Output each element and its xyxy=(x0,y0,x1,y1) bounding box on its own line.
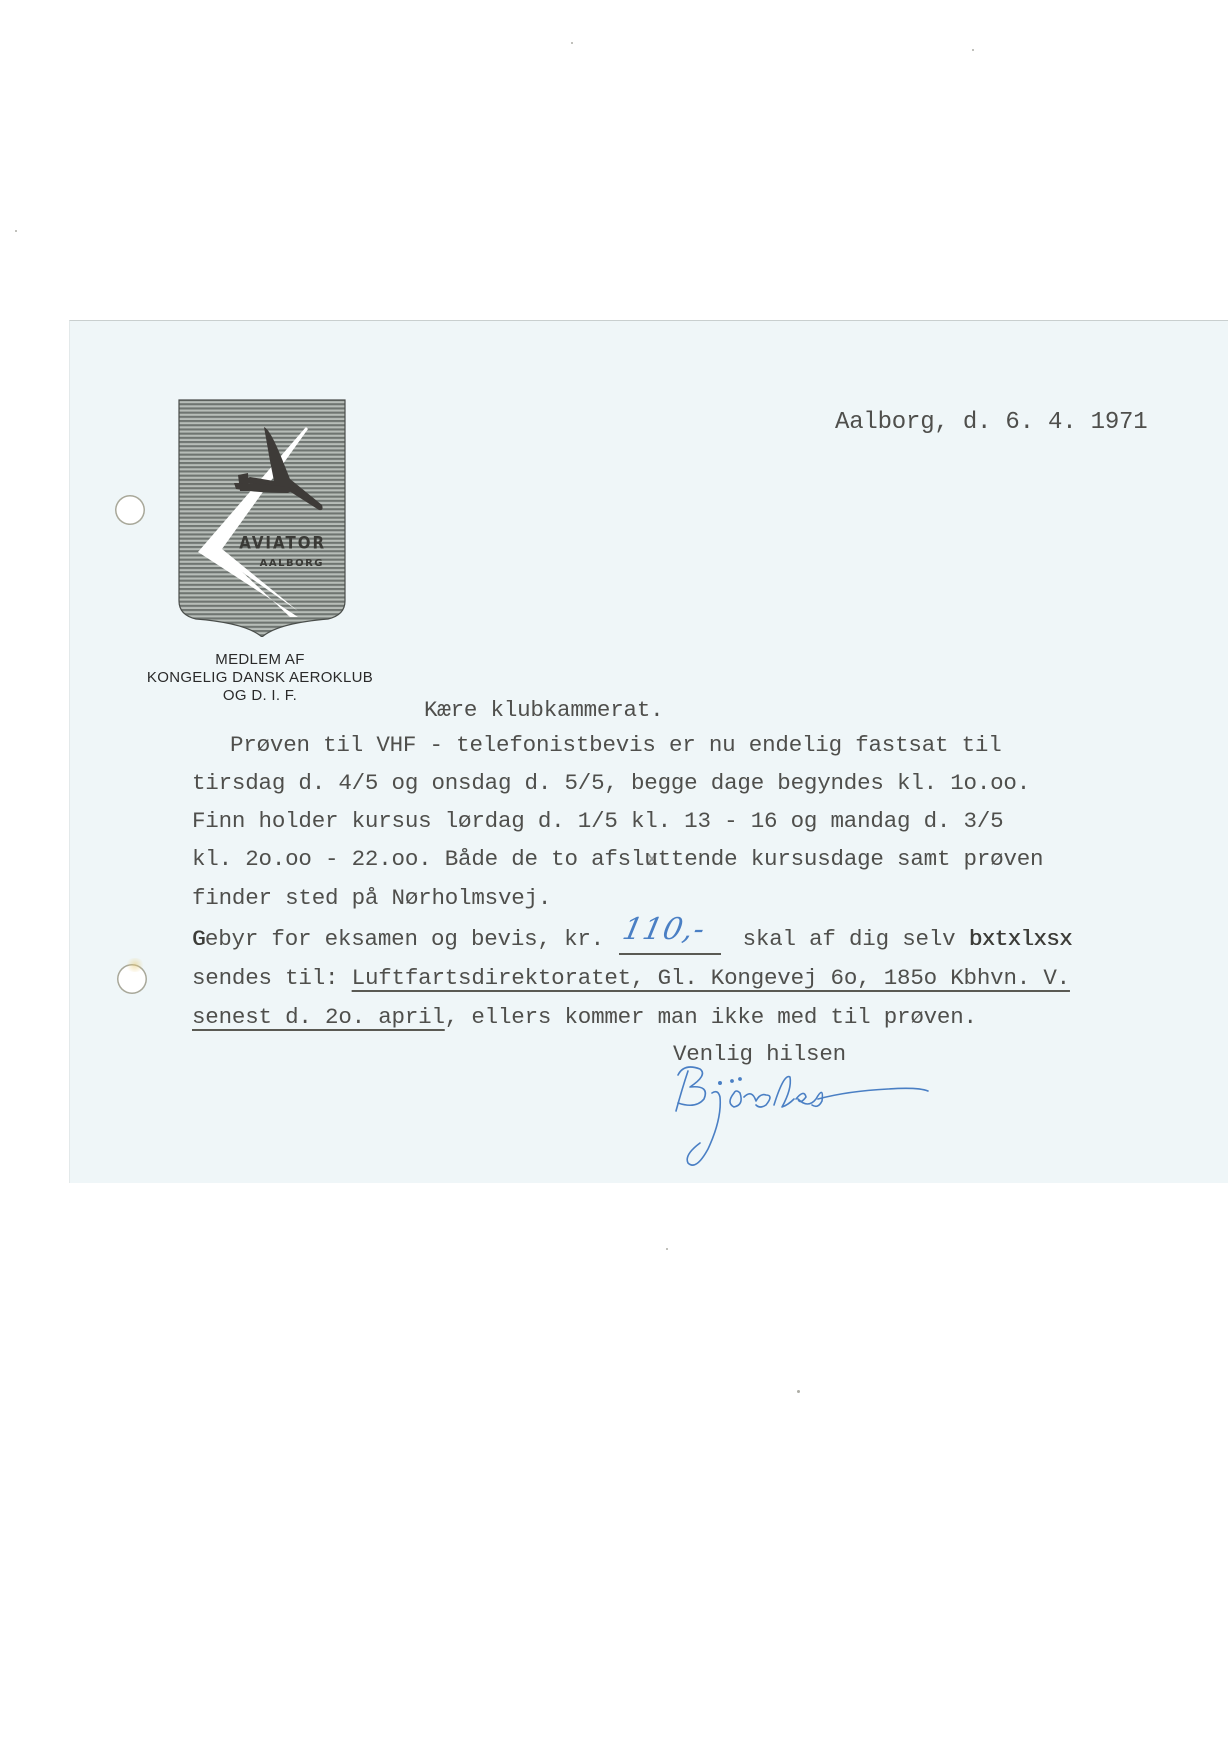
scan-speck xyxy=(571,42,573,44)
scan-speck xyxy=(797,1390,800,1393)
club-logo: AVIATOR AALBORG xyxy=(178,399,346,637)
body-line: tirsdag d. 4/5 og onsdag d. 5/5, begge d… xyxy=(192,772,1030,795)
text-segment: skal af dig selv xyxy=(729,926,968,952)
punch-hole-bottom xyxy=(117,964,147,994)
membership-line: KONGELIG DANSK AEROKLUB xyxy=(110,669,410,687)
body-line: finder sted på Nørholmsvej. xyxy=(192,887,551,910)
deadline-line: senest d. 2o. april, ellers kommer man i… xyxy=(192,1006,977,1029)
struck-out-word: bxtxlxsx xyxy=(969,926,1072,952)
scan-speck xyxy=(666,1248,668,1250)
text-segment: ebyr for eksamen og bevis, kr. xyxy=(205,926,617,952)
handwritten-fee-amount: 110,- xyxy=(620,915,708,945)
text-segment: ttende kursusdage samt prøven xyxy=(658,846,1044,872)
signature: Bjørslev xyxy=(648,1059,948,1179)
fill-in-rule xyxy=(619,953,721,955)
fee-amount-field: 110,- xyxy=(617,929,729,951)
glider-plane-shield-icon xyxy=(178,399,346,637)
club-city: AALBORG xyxy=(260,559,324,569)
salutation: Kære klubkammerat. xyxy=(424,699,663,722)
fee-line: Gebyr for eksamen og bevis, kr. 110,- sk… xyxy=(192,928,1072,951)
place-and-date: Aalborg, d. 6. 4. 1971 xyxy=(835,411,1147,435)
membership-line: MEDLEM AF xyxy=(110,651,410,669)
body-line: kl. 2o.oo - 22.oo. Både de to afsluttend… xyxy=(192,848,1043,871)
membership-note: MEDLEM AF KONGELIG DANSK AEROKLUB OG D. … xyxy=(110,651,410,705)
body-line: Finn holder kursus lørdag d. 1/5 kl. 13 … xyxy=(192,810,1003,833)
membership-line: OG D. I. F. xyxy=(110,687,410,705)
address-line: sendes til: Luftfartsdirektoratet, Gl. K… xyxy=(192,967,1070,990)
body-line: Prøven til VHF - telefonistbevis er nu e… xyxy=(230,734,1002,757)
overtyped-character: G xyxy=(192,926,205,952)
handwritten-signature-icon xyxy=(648,1059,948,1179)
scan-speck xyxy=(972,49,974,51)
club-name: AVIATOR xyxy=(239,535,326,552)
text-segment: sendes til: xyxy=(192,965,352,991)
letter-sheet: AVIATOR AALBORG MEDLEM AF KONGELIG DANSK… xyxy=(69,320,1228,1183)
recipient-address: Luftfartsdirektoratet, Gl. Kongevej 6o, … xyxy=(352,965,1070,991)
text-segment: , ellers kommer man ikke med til prøven. xyxy=(445,1004,977,1030)
deadline: senest d. 2o. april xyxy=(192,1004,445,1030)
text-segment: kl. 2o.oo - 22.oo. Både de to afsl xyxy=(192,846,644,872)
overtyped-character: u xyxy=(644,848,657,871)
scan-speck xyxy=(15,230,17,232)
punch-hole-top xyxy=(115,495,145,525)
